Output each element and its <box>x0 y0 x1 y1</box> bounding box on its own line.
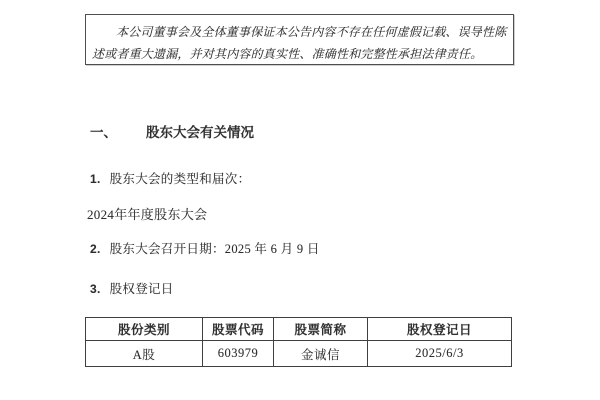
table-header-row: 股份类别 股票代码 股票简称 股权登记日 <box>86 318 512 341</box>
section-heading: 一、股东大会有关情况 <box>90 121 254 141</box>
table-row: A股 603979 金诚信 2025/6/3 <box>86 341 512 367</box>
cell-stock-code: 603979 <box>203 341 274 367</box>
disclaimer-box: 本公司董事会及全体董事保证本公告内容不存在任何虚假记载、误导性陈述或者重大遗漏，… <box>85 14 514 65</box>
cell-record-date: 2025/6/3 <box>368 341 512 367</box>
document-page: 本公司董事会及全体董事保证本公告内容不存在任何虚假记载、误导性陈述或者重大遗漏，… <box>0 0 600 400</box>
item-text: 股东大会召开日期：2025 年 6 月 9 日 <box>110 242 320 256</box>
section-title: 股东大会有关情况 <box>146 125 254 140</box>
list-item-meeting-date: 2.股东大会召开日期：2025 年 6 月 9 日 <box>90 239 320 257</box>
header-record-date: 股权登记日 <box>368 318 512 341</box>
header-stock-name: 股票简称 <box>274 318 368 341</box>
item-text: 股东大会的类型和届次： <box>110 172 251 186</box>
header-stock-code: 股票代码 <box>203 318 274 341</box>
paragraph-meeting-name: 2024年年度股东大会 <box>87 204 207 223</box>
section-number: 一、 <box>90 125 117 140</box>
list-item-meeting-type: 1.股东大会的类型和届次： <box>90 169 250 187</box>
share-registration-table: 股份类别 股票代码 股票简称 股权登记日 A股 603979 金诚信 2025/… <box>85 317 512 367</box>
cell-stock-name: 金诚信 <box>274 341 368 367</box>
item-text: 股权登记日 <box>110 282 174 296</box>
item-number: 1. <box>90 172 101 186</box>
disclaimer-text: 本公司董事会及全体董事保证本公告内容不存在任何虚假记载、误导性陈述或者重大遗漏，… <box>86 15 513 65</box>
item-number: 3. <box>90 282 101 296</box>
header-share-class: 股份类别 <box>86 318 203 341</box>
item-number: 2. <box>90 242 101 256</box>
meeting-name-text: 2024年年度股东大会 <box>87 207 207 222</box>
list-item-record-date: 3.股权登记日 <box>90 279 174 297</box>
cell-share-class: A股 <box>86 341 203 367</box>
